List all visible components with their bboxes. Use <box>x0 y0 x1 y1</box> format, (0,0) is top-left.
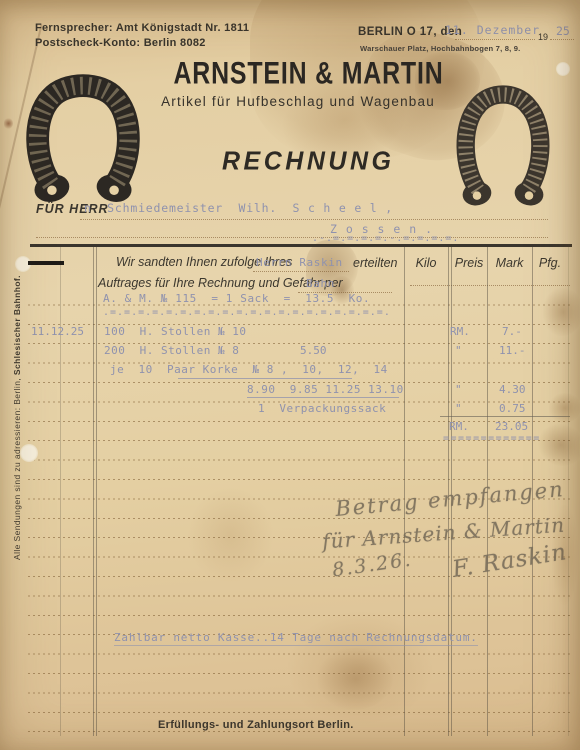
date-underline <box>455 39 535 40</box>
table-vertical-rule <box>96 247 97 736</box>
column-header-mark: Mark <box>487 256 532 270</box>
total-amount: 23.05 <box>495 420 528 433</box>
registration-mark <box>28 261 64 265</box>
table-vertical-rule <box>93 247 94 736</box>
margin-shipping-note: Alle Sendungen sind zu adressieren: Berl… <box>7 158 25 560</box>
table-top-rule <box>30 244 572 247</box>
row-amount: 4.30 <box>499 383 526 396</box>
order-note-line1-post: erteilten <box>353 256 397 270</box>
stain <box>4 118 13 129</box>
row-amount: 7.- <box>502 325 522 338</box>
order-note-line2-typed: Bahn <box>306 277 335 290</box>
row-underline <box>178 378 352 379</box>
recipient-city-line <box>36 237 548 238</box>
row-underline <box>247 397 399 398</box>
margin-note-text: Alle Sendungen sind zu adressieren: Berl… <box>12 375 22 560</box>
row-date: 11.12.25 <box>31 325 84 338</box>
row-description: 1 Verpackungssack <box>258 402 386 415</box>
column-header-kilo: Kilo <box>404 256 448 270</box>
recipient-city-separator: .-.=.=.=.=.-.=.=.=.=. <box>312 233 459 244</box>
invoice-page: Fernsprecher: Amt Königstadt Nr. 1811 Po… <box>0 0 580 750</box>
total-underline-typed: ============= <box>443 433 541 444</box>
recipient-name-underline <box>80 219 548 220</box>
dotted-line <box>410 285 570 286</box>
order-note-line1-typed: Herrn Raskin <box>256 256 343 269</box>
order-note-line3-typed: A. & M. № 115 = 1 Sack = 13.5 Ko. <box>103 292 370 305</box>
row-amount: 11.- <box>499 344 526 357</box>
row-currency: RM. <box>450 325 470 338</box>
recipient-name-typed: n Schmiedemeister Wilh. S c h e e l , <box>84 201 393 215</box>
total-rule <box>440 416 570 417</box>
document-title: RECHNUNG <box>222 146 394 176</box>
payment-terms-typed: Zahlbar netto Kasse..14 Tage nach Rechnu… <box>114 631 478 646</box>
horseshoe-icon <box>26 70 140 210</box>
row-description: je 10 Paar Korke № 8 , 10, 12, 14 <box>110 363 388 376</box>
row-description: 200 H. Stollen № 8 <box>104 344 239 357</box>
row-currency: " <box>455 383 462 396</box>
row-mid-value: 5.50 <box>300 344 327 357</box>
date-typed: 11. Dezember <box>445 23 540 37</box>
row-amount: 0.75 <box>499 402 526 415</box>
company-name: ARNSTEIN & MARTIN <box>174 56 423 92</box>
order-note-separator: .=.=.=.=.=.=.=.=.=.=.=.=.=.=.=.=.=.=.=.=… <box>103 307 391 318</box>
footer-note: Erfüllungs- und Zahlungsort Berlin. <box>158 719 354 731</box>
table-vertical-rule <box>60 247 61 736</box>
row-description: 100 H. Stollen № 10 <box>104 325 246 338</box>
margin-note-bold: Schlesischer Bahnhof. <box>12 275 22 375</box>
column-header-preis: Preis <box>451 256 487 270</box>
street-line: Warschauer Platz, Hochbahnbogen 7, 8, 9. <box>360 44 520 53</box>
company-tagline: Artikel für Hufbeschlag und Wagenbau <box>148 94 448 109</box>
postcheck-line: Postscheck-Konto: Berlin 8082 <box>35 37 206 49</box>
horseshoe-icon <box>450 80 556 214</box>
row-currency: " <box>455 344 462 357</box>
phone-line: Fernsprecher: Amt Königstadt Nr. 1811 <box>35 22 249 34</box>
year-prefix: 19 <box>538 32 548 42</box>
row-currency: " <box>455 402 462 415</box>
year-underline <box>550 39 574 40</box>
row-description: 8.90 9.85 11.25 13.10 <box>247 383 404 396</box>
order-note-line1-underline <box>253 271 349 272</box>
year-typed: 25 <box>556 24 570 38</box>
total-currency: RM. <box>449 420 469 433</box>
table-vertical-rule <box>568 247 569 736</box>
column-header-pfg: Pfg. <box>532 256 568 270</box>
punch-hole <box>556 62 570 76</box>
